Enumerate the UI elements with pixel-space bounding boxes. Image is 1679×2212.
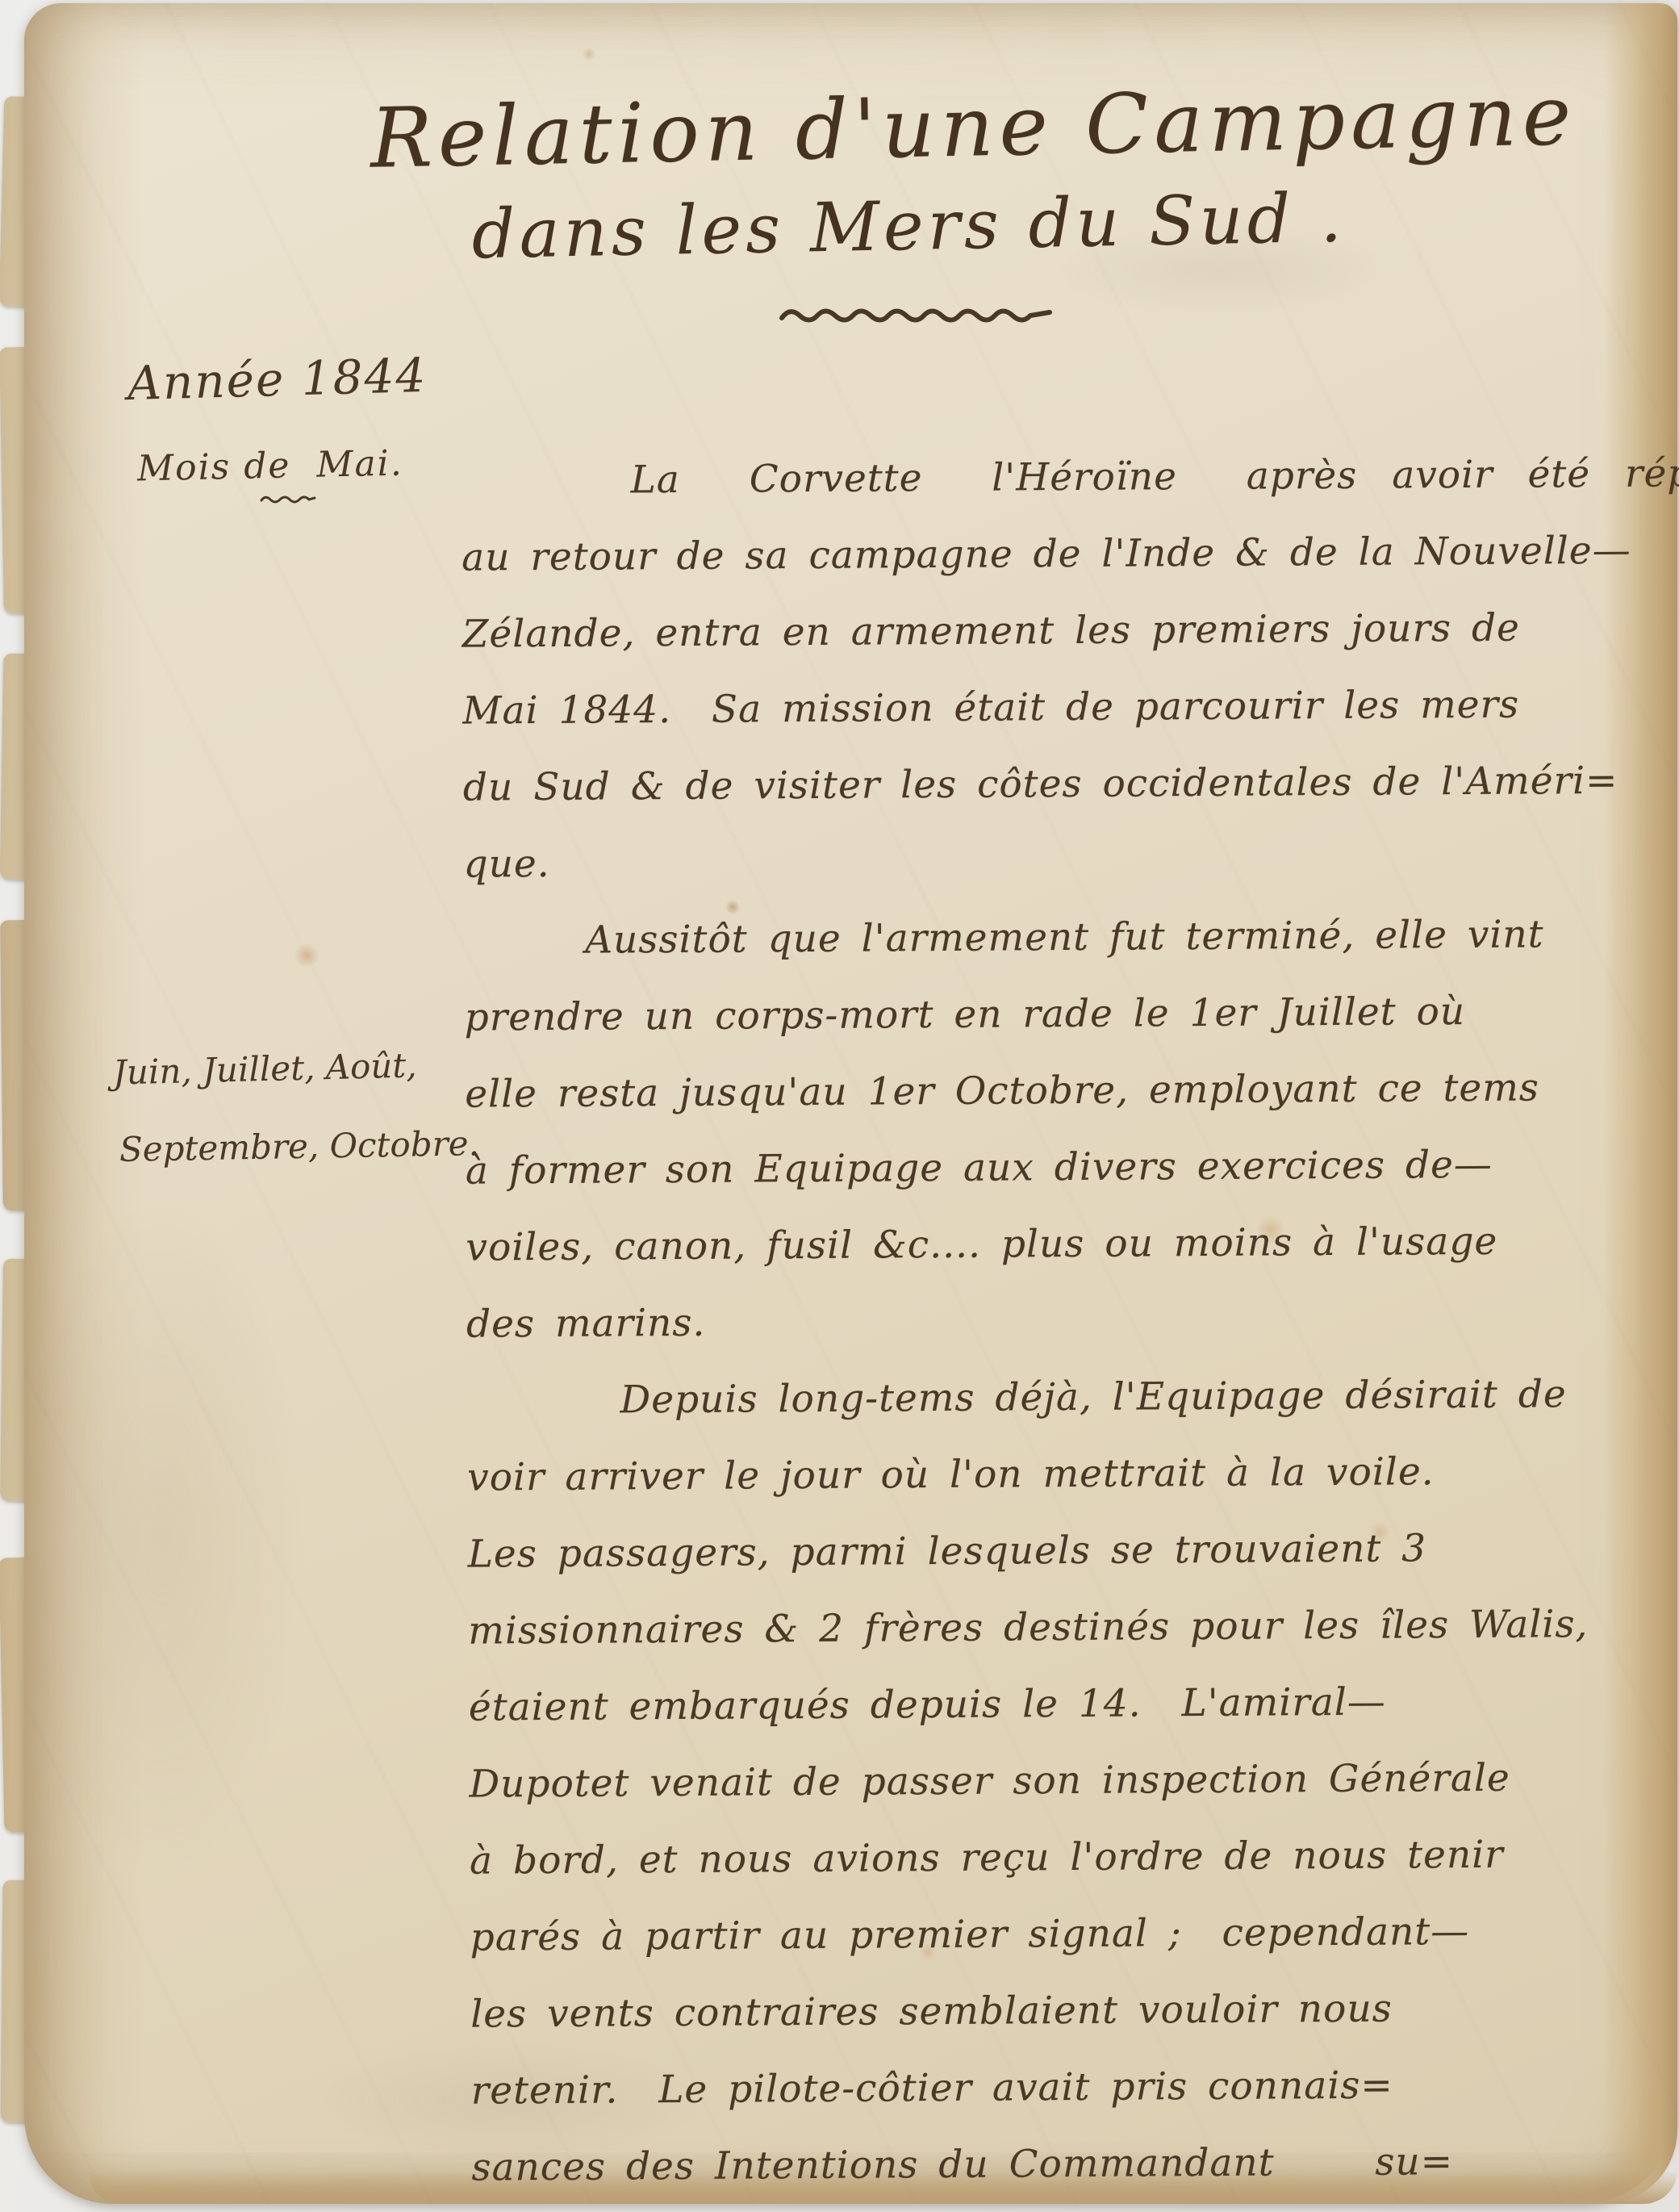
manuscript-line: prendre un corps-mort en rade le 1er Jui…	[464, 972, 1675, 1056]
manuscript-line: Zélande, entra en armement les premiers …	[462, 588, 1673, 672]
divider-squiggle	[779, 303, 1053, 331]
manuscript-line: les vents contraires semblaient vouloir …	[470, 1968, 1679, 2052]
page-title: Relation d'une Campagne	[370, 70, 1444, 187]
manuscript-line: Depuis long-tems déjà, l'Equipage désira…	[466, 1355, 1677, 1439]
manuscript-line: Dupotet venait de passer son inspection …	[469, 1738, 1679, 1822]
manuscript-line: parés à partir au premier signal ; cepen…	[470, 1892, 1679, 1976]
manuscript-line: étaient embarqués depuis le 14. L'amiral…	[469, 1662, 1679, 1746]
page-subtitle: dans les Mers du Sud .	[371, 176, 1446, 276]
manuscript-line: à bord, et nous avions reçu l'ordre de n…	[470, 1815, 1679, 1899]
manuscript-line: Mai 1844. Sa mission était de parcourir …	[462, 665, 1673, 749]
manuscript-line: au retour de sa campagne de l'Inde & de …	[462, 512, 1673, 596]
margin-note-months-line1: Juin, Juillet, Août,	[112, 1045, 417, 1092]
margin-note-months-line2: Septembre, Octobre.	[119, 1123, 480, 1169]
margin-note-year: Année 1844	[127, 348, 428, 411]
manuscript-line: La Corvette l'Héroïne après avoir été ré…	[461, 435, 1672, 519]
underline-squiggle	[260, 492, 316, 508]
manuscript-line: elle resta jusqu'au 1er Octobre, employa…	[465, 1048, 1676, 1132]
manuscript-line: missionnaires & 2 frères destinés pour l…	[468, 1585, 1679, 1669]
manuscript-line: du Sud & de visiter les côtes occidental…	[463, 742, 1674, 826]
manuscript-line: Les passagers, parmi lesquels se trouvai…	[467, 1508, 1678, 1592]
manuscript-line: à former son Equipage aux divers exercic…	[466, 1125, 1677, 1209]
margin-note-month: Mois de Mai.	[137, 443, 404, 490]
manuscript-line: voir arriver le jour où l'on mettrait à …	[467, 1432, 1678, 1516]
spine-shadow	[24, 3, 145, 2204]
manuscript-body: La Corvette l'Héroïne après avoir été ré…	[461, 435, 1679, 2206]
photo-backdrop: Relation d'une Campagne dans les Mers du…	[0, 0, 1679, 2212]
manuscript-line: voiles, canon, fusil &c.... plus ou moin…	[466, 1202, 1677, 1286]
manuscript-line: Aussitôt que l'armement fut terminé, ell…	[464, 895, 1675, 979]
manuscript-line: que.	[463, 818, 1674, 902]
manuscript-page: Relation d'une Campagne dans les Mers du…	[24, 3, 1677, 2204]
manuscript-line: des marins.	[466, 1278, 1677, 1362]
manuscript-line: sances des Intentions du Commandant su=	[471, 2122, 1679, 2206]
manuscript-line: retenir. Le pilote-côtier avait pris con…	[471, 2045, 1679, 2129]
title-block: Relation d'une Campagne dans les Mers du…	[370, 70, 1446, 275]
